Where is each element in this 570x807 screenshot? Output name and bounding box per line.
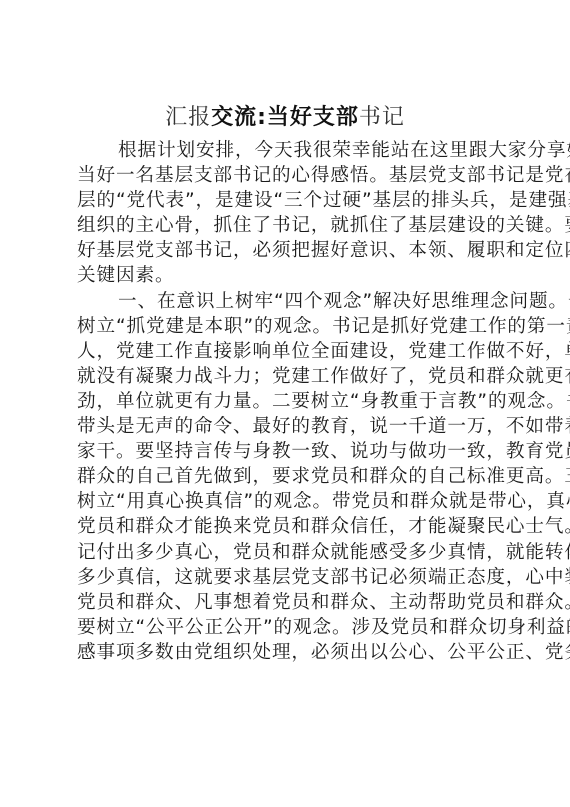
text-line: 家干。要坚持言传与身教一致、说功与做功一致，教育党员和 — [77, 439, 497, 464]
text-line: 人，党建工作直接影响单位全面建设，党建工作做不好，单位 — [77, 339, 497, 364]
text-line: 树立“抓党建是本职”的观念。书记是抓好党建工作的第一责任 — [77, 314, 497, 339]
text-line: 关键因素。 — [77, 263, 497, 288]
text-line: 群众的自己首先做到，要求党员和群众的自己标准更高。三要 — [77, 464, 497, 489]
text-line: 树立“用真心换真信”的观念。带党员和群众就是带心，真心带 — [77, 489, 497, 514]
text-line: 感事项多数由党组织处理，必须出以公心、公平公正、党务公 — [77, 640, 497, 665]
text-line: 层的“党代表”，是建设“三个过硬”基层的排头兵，是建强基层党 — [77, 188, 497, 213]
document-page: 汇报交流:当好支部书记 根据计划安排，今天我很荣幸能站在这里跟大家分享如何 当好… — [0, 0, 570, 807]
document-title: 汇报交流:当好支部书记 — [0, 104, 570, 132]
text-line: 当好一名基层支部书记的心得感悟。基层党支部书记是党在基 — [77, 163, 497, 188]
text-line: 劲，单位就更有力量。二要树立“身教重于言教”的观念。书记 — [77, 389, 497, 414]
text-line: 多少真信，这就要求基层党支部书记必须端正态度，心中装着 — [77, 565, 497, 590]
text-line: 一、在意识上树牢“四个观念”解决好思维理念问题。一要 — [77, 289, 497, 314]
text-line: 组织的主心骨，抓住了书记，就抓住了基层建设的关键。要当 — [77, 213, 497, 238]
text-line: 好基层党支部书记，必须把握好意识、本领、履职和定位四个 — [77, 238, 497, 263]
text-line: 根据计划安排，今天我很荣幸能站在这里跟大家分享如何 — [77, 138, 497, 163]
text-line: 记付出多少真心，党员和群众就能感受多少真情，就能转化成 — [77, 540, 497, 565]
title-part-1: 汇报 — [165, 105, 211, 130]
text-line: 党员和群众才能换来党员和群众信任，才能凝聚民心士气。书 — [77, 514, 497, 539]
text-line: 带头是无声的命令、最好的教育，说一千道一万，不如带着大 — [77, 414, 497, 439]
document-body: 根据计划安排，今天我很荣幸能站在这里跟大家分享如何 当好一名基层支部书记的心得感… — [77, 138, 497, 665]
title-part-2: 交流:当好支部 — [211, 105, 359, 130]
text-line: 要树立“公平公正公开”的观念。涉及党员和群众切身利益的敏 — [77, 615, 497, 640]
text-line: 党员和群众、凡事想着党员和群众、主动帮助党员和群众。四 — [77, 590, 497, 615]
text-line: 就没有凝聚力战斗力；党建工作做好了，党员和群众就更有干 — [77, 364, 497, 389]
title-part-3: 书记 — [359, 105, 405, 130]
